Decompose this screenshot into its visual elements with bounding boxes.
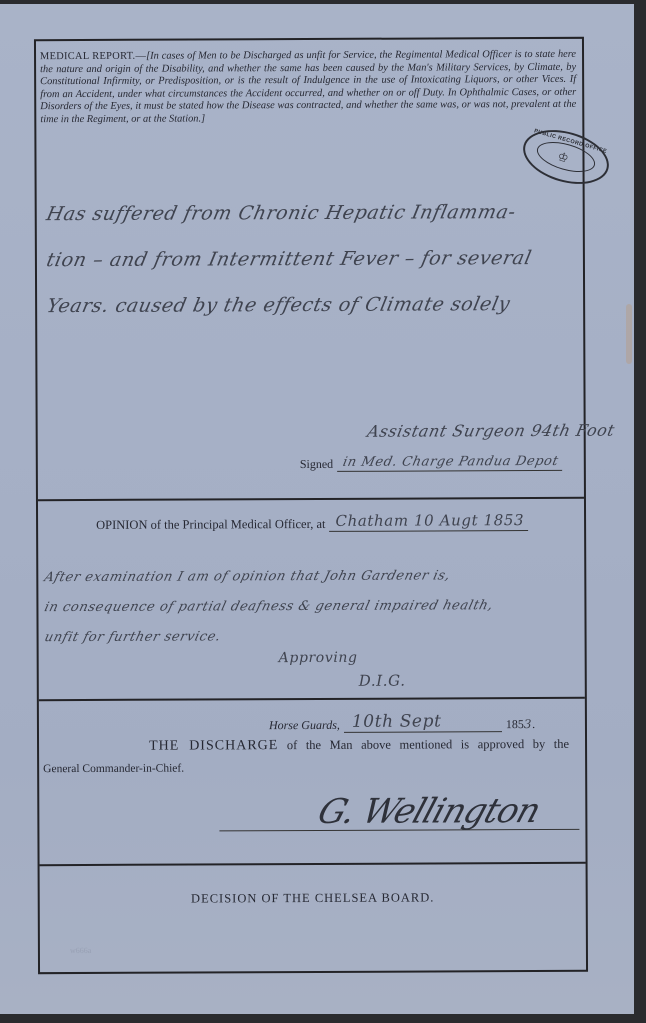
opinion-place-date: Chatham 10 Augt 1853 [329,511,528,532]
medical-report-handwriting: Has suffered from Chronic Hepatic Inflam… [47,189,578,329]
surgeon-title: Assistant Surgeon 94th Foot [366,421,617,441]
approval-section: Horse Guards, 10th Sept 1853. THE DISCHA… [39,699,586,866]
opinion-handwriting: After examination I am of opinion that J… [44,561,590,653]
opinion-line: in consequence of partial deafness & gen… [41,591,594,623]
medical-report-section: MEDICAL REPORT.—[In cases of Men to be D… [36,39,584,501]
opinion-label: OPINION of the Principal Medical Officer… [96,517,325,533]
discharge-caps: THE DISCHARGE [149,738,278,754]
horse-guards-label: Horse Guards, [269,718,340,733]
year-prefix: 185 [506,717,524,731]
medical-report-instructions: MEDICAL REPORT.—[In cases of Men to be D… [40,49,576,126]
horse-guards-year: 1853. [506,717,535,732]
report-line: Years. caused by the effects of Climate … [42,281,582,329]
commander-signature: G. Wellington [313,791,545,832]
chelsea-board-label: DECISION OF THE CHELSEA BOARD. [40,890,586,907]
faint-mark: ᴡ666a [70,946,91,955]
chelsea-board-section: DECISION OF THE CHELSEA BOARD. ᴡ666a [40,864,586,972]
signed-value: in Med. Charge Pandua Depot [337,454,566,472]
horse-guards-row: Horse Guards, 10th Sept 1853. [269,711,535,733]
opinion-initials: D.I.G. [359,672,406,690]
form-frame: MEDICAL REPORT.—[In cases of Men to be D… [34,37,588,974]
report-line: tion – and from Intermittent Fever – for… [42,235,582,283]
document-paper: MEDICAL REPORT.—[In cases of Men to be D… [0,4,634,1014]
signed-label: Signed [300,457,333,472]
opinion-line: unfit for further service. [41,621,594,653]
opinion-header: OPINION of the Principal Medical Officer… [96,511,528,533]
year-suffix: 3 [524,717,532,731]
signed-row: Signed in Med. Charge Pandua Depot [300,454,565,472]
horse-guards-date: 10th Sept [344,711,502,733]
commander-label: General Commander-in-Chief. [43,763,184,776]
report-line: Has suffered from Chronic Hepatic Inflam… [42,189,582,237]
discharge-statement: THE DISCHARGE of the Man above mentioned… [149,737,569,755]
discharge-text: of the Man above mentioned is approved b… [287,737,569,752]
medical-report-label: MEDICAL REPORT.— [40,51,146,62]
opinion-section: OPINION of the Principal Medical Officer… [38,499,585,701]
opinion-line: After examination I am of opinion that J… [41,561,594,593]
opinion-signoff: Approving [279,650,358,666]
